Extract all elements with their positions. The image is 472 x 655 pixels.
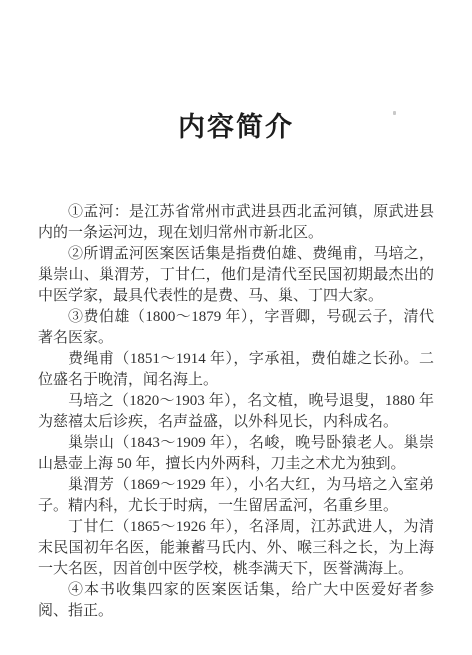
paragraph-ding-ganren: 丁甘仁（1865～1926 年），名泽周，江苏武进人，为清末民国初年名医，能兼蓄…	[38, 517, 434, 580]
paragraph-book-purpose: ④本书收集四家的医案医话集，给广大中医爱好者参阅、指正。	[38, 580, 434, 622]
intro-text: ①孟河：是江苏省常州市武进县西北孟河镇，原武进县内的一条运河边，现在划归常州市新…	[38, 202, 434, 622]
paragraph-four-masters: ②所谓孟河医案医话集是指费伯雄、费绳甫，马培之，巢崇山、巢渭芳，丁甘仁，他们是清…	[38, 244, 434, 307]
paragraph-fei-boxiong: ③费伯雄（1800～1879 年），字晋卿，号砚云子，清代著名医家。	[38, 307, 434, 349]
book-page: 内容简介 ①孟河：是江苏省常州市武进县西北孟河镇，原武进县内的一条运河边，现在划…	[0, 0, 472, 655]
paragraph-chao-chongshan: 巢崇山（1843～1909 年），名峻，晚号卧猿老人。巢崇山悬壶上海 50 年，…	[38, 433, 434, 475]
page-title: 内容简介	[38, 110, 434, 144]
scan-speck	[393, 111, 396, 115]
paragraph-menghe-location: ①孟河：是江苏省常州市武进县西北孟河镇，原武进县内的一条运河边，现在划归常州市新…	[38, 202, 434, 244]
paragraph-fei-shengfu: 费绳甫（1851～1914 年），字承祖，费伯雄之长孙。二位盛名于晚清，闻名海上…	[38, 349, 434, 391]
paragraph-chao-weifang: 巢渭芳（1869～1929 年），小名大红，为马培之入室弟子。精内科，尤长于时病…	[38, 475, 434, 517]
paragraph-ma-peizhi: 马培之（1820～1903 年），名文植，晚号退叟，1880 年为慈禧太后诊疾，…	[38, 391, 434, 433]
